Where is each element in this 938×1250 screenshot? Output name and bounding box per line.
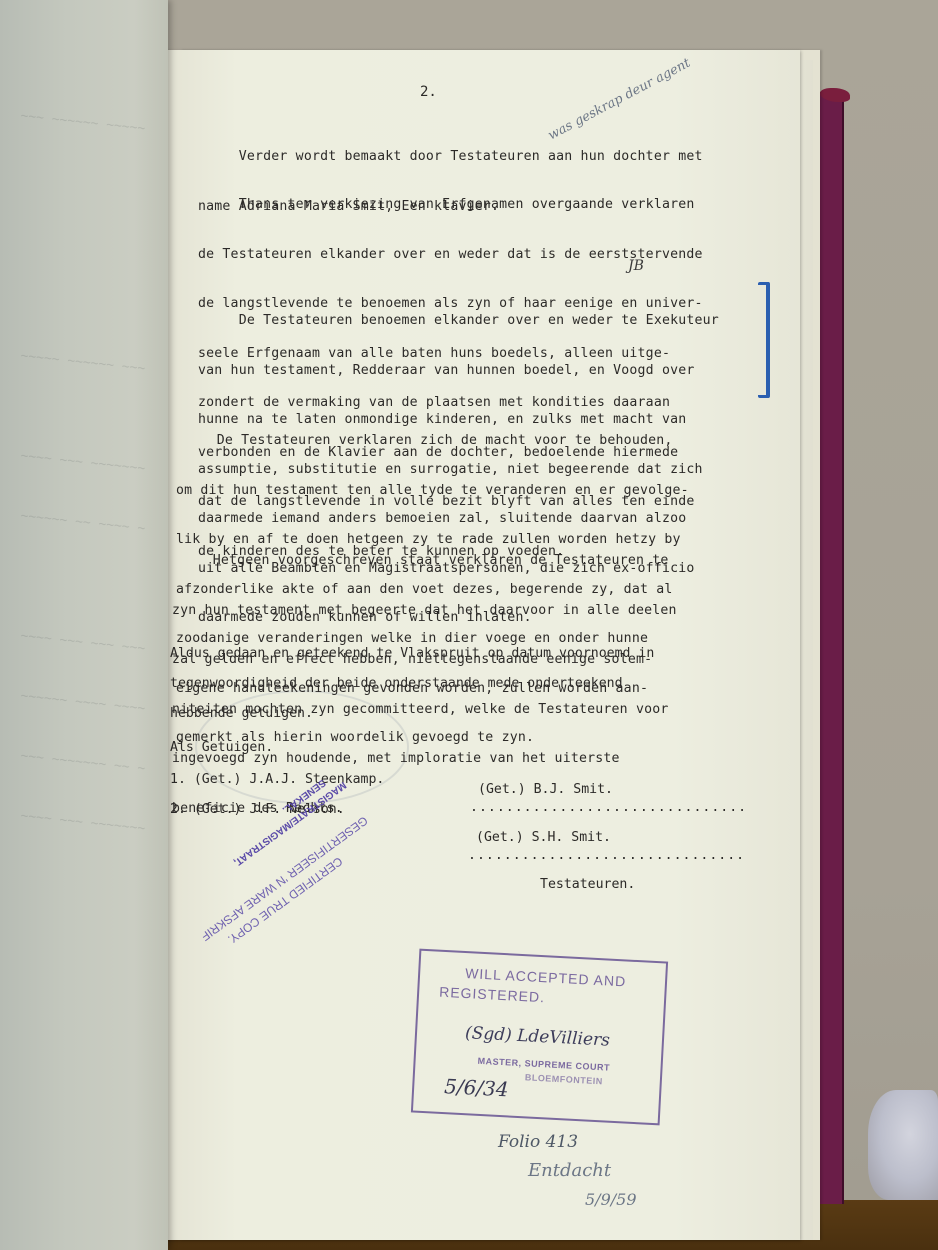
- text-line: De Testateuren verklaren zich de macht v…: [176, 433, 689, 450]
- closing-line: tegenwoordigheid der beide onderstaande …: [170, 676, 623, 691]
- bleed-through-text: ~~~~~~ ~~~~ ~~~~: [20, 689, 168, 727]
- stamp-line: MASTER, SUPREME COURT: [477, 1056, 610, 1073]
- stamp-line: BLOEMFONTEIN: [525, 1072, 603, 1086]
- bleed-through-text: ~~~~~~ ~~ ~~~~ ~: [20, 509, 168, 547]
- text-line: de Testateuren elkander over en weder da…: [198, 247, 703, 264]
- text-line: van hun testament, Redderaar van hunnen …: [198, 363, 719, 380]
- bleed-through-text: ~~~ ~~~~~~~ ~~ ~: [20, 749, 168, 787]
- blue-pencil-bracket: [758, 282, 770, 398]
- facing-page: ~~~ ~~~~~~ ~~~~~ ~~~~~ ~~~~~~ ~~~ ~~~~ ~…: [0, 0, 168, 1250]
- will-registered-stamp: WILL ACCEPTED AND REGISTERED. (Sgd) LdeV…: [411, 949, 668, 1126]
- stamp-line: REGISTERED.: [439, 984, 546, 1006]
- text-line: De Testateuren benoemen elkander over en…: [198, 313, 719, 330]
- initials-annotation: JB: [628, 258, 644, 274]
- testators-label: Testateuren.: [540, 877, 635, 892]
- bleed-through-text: ~~~~~ ~~~~~~ ~~~: [20, 349, 168, 387]
- signature-dotted-line: ...............................: [470, 800, 747, 815]
- closing-line: hebbende getuigen.: [170, 706, 313, 721]
- text-line: Thans ter verkiezing van Erfgenamen over…: [198, 197, 703, 214]
- witnesses-heading: Als Getuigen.: [170, 740, 273, 755]
- closing-line: Aldus gedaan en geteekend te Vlakspruit …: [170, 646, 654, 661]
- text-line: zyn hun testament met begeerte dat het d…: [172, 603, 677, 620]
- signature-dotted-line: ...............................: [468, 848, 745, 863]
- testator-signature: (Get.) S.H. Smit.: [476, 830, 611, 845]
- document-body: Verder wordt bemaakt door Testateuren aa…: [198, 82, 758, 181]
- plastic-sheet: [868, 1090, 938, 1200]
- bleed-through-text: ~~~~ ~~~ ~~~ ~~~: [20, 629, 168, 667]
- handwritten-date: 5/9/59: [585, 1190, 637, 1209]
- folio-annotation: Folio 413: [498, 1132, 578, 1152]
- text-line: Hetgeen voorgeschreven staat verklaren d…: [172, 553, 677, 570]
- registration-date: 5/6/34: [444, 1074, 510, 1101]
- text-line: om dit hun testament ten alle tyde te ve…: [176, 483, 689, 500]
- bleed-through-text: ~~~ ~~~~~~ ~~~~~: [20, 109, 168, 147]
- bleed-through-text: ~~~~ ~~~ ~~~~~~~: [20, 449, 168, 487]
- handwritten-note: Entdacht: [528, 1160, 611, 1181]
- bleed-through-text: ~~~~ ~~~ ~~~~~~~: [20, 809, 168, 847]
- testator-signature: (Get.) B.J. Smit.: [478, 782, 613, 797]
- master-signature: (Sgd) LdeVilliers: [465, 1023, 611, 1051]
